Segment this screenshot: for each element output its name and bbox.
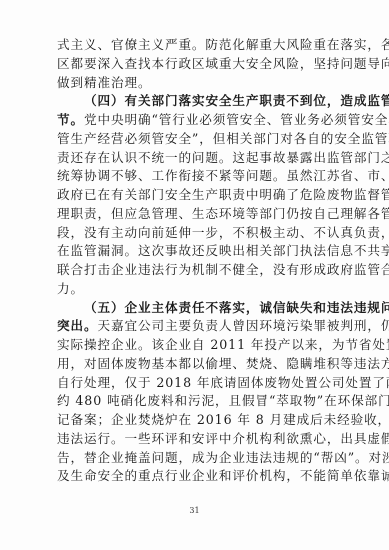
text-line: 实际操控企业。该企业自 2011 年投产以来，为节省处置费 xyxy=(57,336,331,355)
page-number: 31 xyxy=(0,506,389,515)
text-line: 突出。天嘉宜公司主要负责人曾因环境污染罪被判刑，仍然 xyxy=(57,317,331,336)
text-line: 违法运行。一些环评和安评中介机构利欲熏心，出具虚假报 xyxy=(57,430,331,449)
text-line: 责还存在认识不统一的问题。这起事故暴露出监管部门之间 xyxy=(57,149,331,168)
document-page: 式主义、官僚主义严重。防范化解重大风险重在落实，各地 区都要深入查找本行政区域重… xyxy=(0,0,389,550)
text-line-rest: 党中央明确“管行业必须管安全、管业务必须管安全、 xyxy=(84,112,389,127)
text-line: 及生命安全的重点行业企业和评价机构，不能简单依靠诚信 xyxy=(57,467,331,486)
text-line: 管生产经营必须管安全”，但相关部门对各自的安全监管职 xyxy=(57,130,331,149)
text-line: 用，对固体废物基本都以偷埋、焚烧、隐瞒堆积等违法方式 xyxy=(57,355,331,374)
text-line: 告，替企业掩盖问题，成为企业违法违规的“帮凶”。对涉 xyxy=(57,449,331,468)
body-text: 式主义、官僚主义严重。防范化解重大风险重在落实，各地 区都要深入查找本行政区域重… xyxy=(57,36,331,486)
section-heading-four: （四）有关部门落实安全生产职责不到位，造成监管脱 xyxy=(57,92,331,111)
text-line: 约 480 吨硝化废料和污泥，且假冒“萃取物”在环保部门登 xyxy=(57,392,331,411)
section-heading-five-end: 突出。 xyxy=(57,318,97,333)
text-line: 理职责，但应急管理、生态环境等部门仍按自己理解各管一 xyxy=(57,205,331,224)
text-line: 做到精准治理。 xyxy=(57,74,331,93)
section-heading-four-end: 节。 xyxy=(57,112,84,127)
section-heading-five: （五）企业主体责任不落实，诚信缺失和违法违规问题 xyxy=(57,299,331,318)
text-line: 自行处理，仅于 2018 年底请固体废物处置公司处置了两批 xyxy=(57,374,331,393)
text-line-rest: 天嘉宜公司主要负责人曾因环境污染罪被判刑，仍然 xyxy=(97,318,389,333)
text-line: 段，没有主动向前延伸一步，不积极主动、不认真负责，存 xyxy=(57,224,331,243)
text-line: 力。 xyxy=(57,280,331,299)
text-line: 节。党中央明确“管行业必须管安全、管业务必须管安全、 xyxy=(57,111,331,130)
text-line: 联合打击企业违法行为机制不健全，没有形成政府监管合 xyxy=(57,261,331,280)
text-line: 政府已在有关部门安全生产职责中明确了危险废物监督管 xyxy=(57,186,331,205)
text-line: 区都要深入查找本行政区域重大安全风险，坚持问题导向， xyxy=(57,55,331,74)
text-line: 式主义、官僚主义严重。防范化解重大风险重在落实，各地 xyxy=(57,36,331,55)
text-line: 统筹协调不够、工作衔接不紧等问题。虽然江苏省、市、县 xyxy=(57,167,331,186)
text-line: 在监管漏洞。这次事故还反映出相关部门执法信息不共享， xyxy=(57,242,331,261)
text-line: 记备案；企业焚烧炉在 2016 年 8 月建成后未经验收，长期 xyxy=(57,411,331,430)
